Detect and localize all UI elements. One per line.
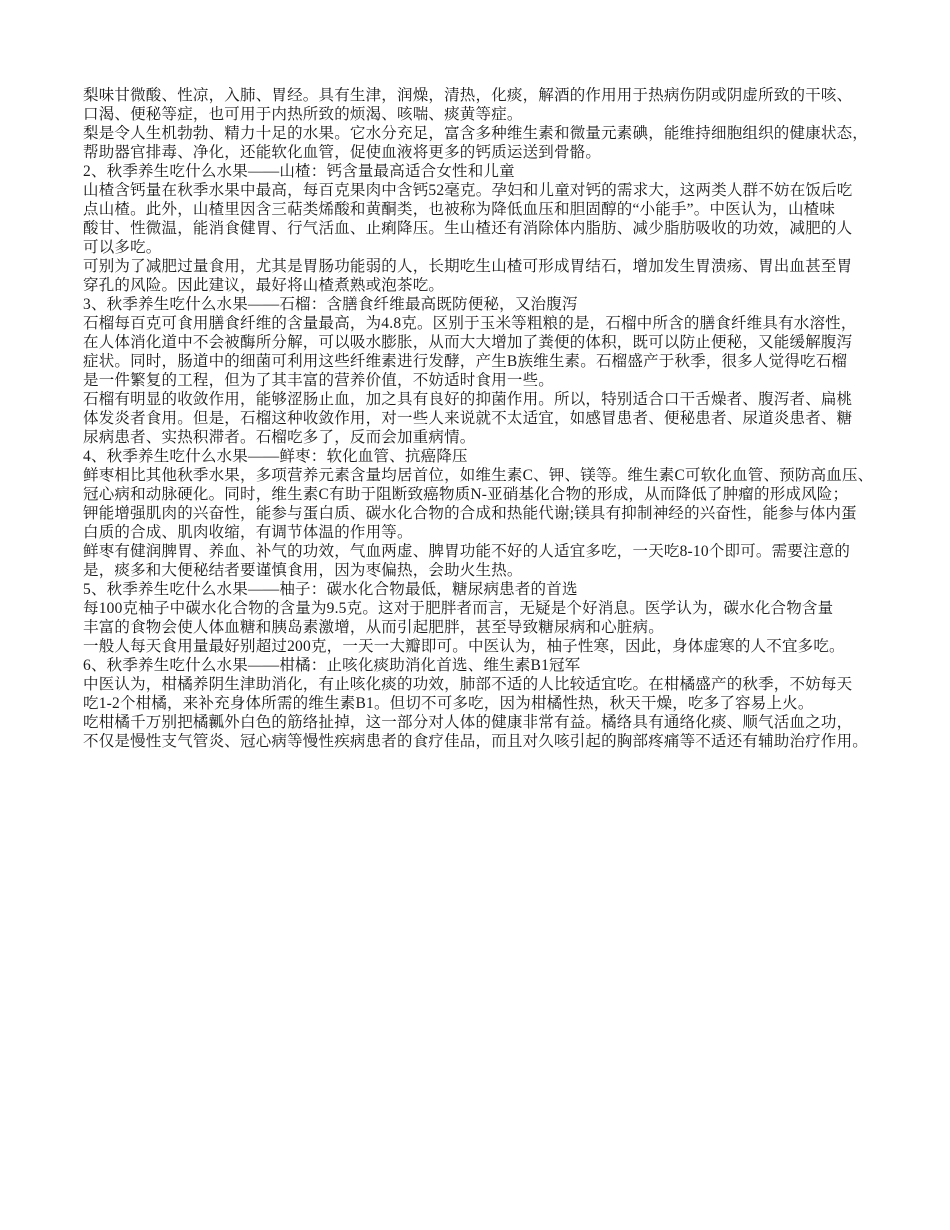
text-line: 中医认为，柑橘养阴生津助消化，有止咳化痰的功效，肺部不适的人比较适宜吃。在柑橘盛…	[83, 675, 943, 694]
text-line: 点山楂。此外，山楂里因含三萜类烯酸和黄酮类，也被称为降低血压和胆固醇的“小能手”…	[83, 200, 943, 219]
section-heading: 5、秋季养生吃什么水果——柚子：碳水化合物最低，糖尿病患者的首选	[83, 580, 943, 599]
text-line: 丰富的食物会使人体血糖和胰岛素激增，从而引起肥胖，甚至导致糖尿病和心脏病。	[83, 618, 943, 637]
text-line: 是一件繁复的工程，但为了其丰富的营养价值，不妨适时食用一些。	[83, 371, 943, 390]
text-line: 可别为了减肥过量食用，尤其是胃肠功能弱的人，长期吃生山楂可形成胃结石，增加发生胃…	[83, 257, 943, 276]
text-line: 可以多吃。	[83, 238, 943, 257]
text-line: 帮助器官排毒、净化，还能软化血管，促使血液将更多的钙质运送到骨骼。	[83, 143, 943, 162]
text-line: 是，痰多和大便秘结者要谨慎食用，因为枣偏热，会助火生热。	[83, 561, 943, 580]
text-line: 不仅是慢性支气管炎、冠心病等慢性疾病患者的食疗佳品，而且对久咳引起的胸部疼痛等不…	[83, 732, 943, 751]
text-line: 症状。同时，肠道中的细菌可利用这些纤维素进行发酵，产生B族维生素。石榴盛产于秋季…	[83, 352, 943, 371]
text-line: 鲜枣相比其他秋季水果，多项营养元素含量均居首位，如维生素C、钾、镁等。维生素C可…	[83, 466, 943, 485]
text-line: 穿孔的风险。因此建议，最好将山楂煮熟或泡茶吃。	[83, 276, 943, 295]
text-line: 鲜枣有健润脾胃、养血、补气的功效，气血两虚、脾胃功能不好的人适宜多吃，一天吃8-…	[83, 542, 943, 561]
section-heading: 2、秋季养生吃什么水果——山楂：钙含量最高适合女性和儿童	[83, 162, 943, 181]
text-line: 尿病患者、实热积滞者。石榴吃多了，反而会加重病情。	[83, 428, 943, 447]
text-line: 一般人每天食用量最好别超过200克，一天一大瓣即可。中医认为，柚子性寒，因此，身…	[83, 637, 943, 656]
text-line: 山楂含钙量在秋季水果中最高，每百克果肉中含钙52毫克。孕妇和儿童对钙的需求大，这…	[83, 181, 943, 200]
text-line: 每100克柚子中碳水化合物的含量为9.5克。这对于肥胖者而言，无疑是个好消息。医…	[83, 599, 943, 618]
section-heading: 3、秋季养生吃什么水果——石榴：含膳食纤维最高既防便秘，又治腹泻	[83, 295, 943, 314]
text-line: 口渴、便秘等症，也可用于内热所致的烦渴、咳喘、痰黄等症。	[83, 105, 943, 124]
text-line: 梨是令人生机勃勃、精力十足的水果。它水分充足，富含多种维生素和微量元素碘，能维持…	[83, 124, 943, 143]
text-line: 冠心病和动脉硬化。同时，维生素C有助于阻断致癌物质N-亚硝基化合物的形成，从而降…	[83, 485, 943, 504]
text-line: 吃1-2个柑橘，来补充身体所需的维生素B1。但切不可多吃，因为柑橘性热，秋天干燥…	[83, 694, 943, 713]
section-heading: 6、秋季养生吃什么水果——柑橘：止咳化痰助消化首选、维生素B1冠军	[83, 656, 943, 675]
text-line: 酸甘、性微温，能消食健胃、行气活血、止痢降压。生山楂还有消除体内脂肪、减少脂肪吸…	[83, 219, 943, 238]
text-line: 在人体消化道中不会被酶所分解，可以吸水膨胀，从而大大增加了粪便的体积，既可以防止…	[83, 333, 943, 352]
text-line: 白质的合成、肌肉收缩，有调节体温的作用等。	[83, 523, 943, 542]
section-heading: 4、秋季养生吃什么水果——鲜枣：软化血管、抗癌降压	[83, 447, 943, 466]
text-line: 吃柑橘千万别把橘瓤外白色的筋络扯掉，这一部分对人体的健康非常有益。橘络具有通络化…	[83, 713, 943, 732]
text-line: 石榴有明显的收敛作用，能够涩肠止血，加之具有良好的抑菌作用。所以，特别适合口干舌…	[83, 390, 943, 409]
text-line: 石榴每百克可食用膳食纤维的含量最高，为4.8克。区别于玉米等粗粮的是，石榴中所含…	[83, 314, 943, 333]
document-page: 梨味甘微酸、性凉，入肺、胃经。具有生津，润燥，清热，化痰，解酒的作用用于热病伤阴…	[0, 0, 950, 1230]
article-text: 梨味甘微酸、性凉，入肺、胃经。具有生津，润燥，清热，化痰，解酒的作用用于热病伤阴…	[83, 86, 943, 751]
text-line: 梨味甘微酸、性凉，入肺、胃经。具有生津，润燥，清热，化痰，解酒的作用用于热病伤阴…	[83, 86, 943, 105]
text-line: 体发炎者食用。但是，石榴这种收敛作用，对一些人来说就不太适宜，如感冒患者、便秘患…	[83, 409, 943, 428]
text-line: 钾能增强肌肉的兴奋性，能参与蛋白质、碳水化合物的合成和热能代谢;镁具有抑制神经的…	[83, 504, 943, 523]
